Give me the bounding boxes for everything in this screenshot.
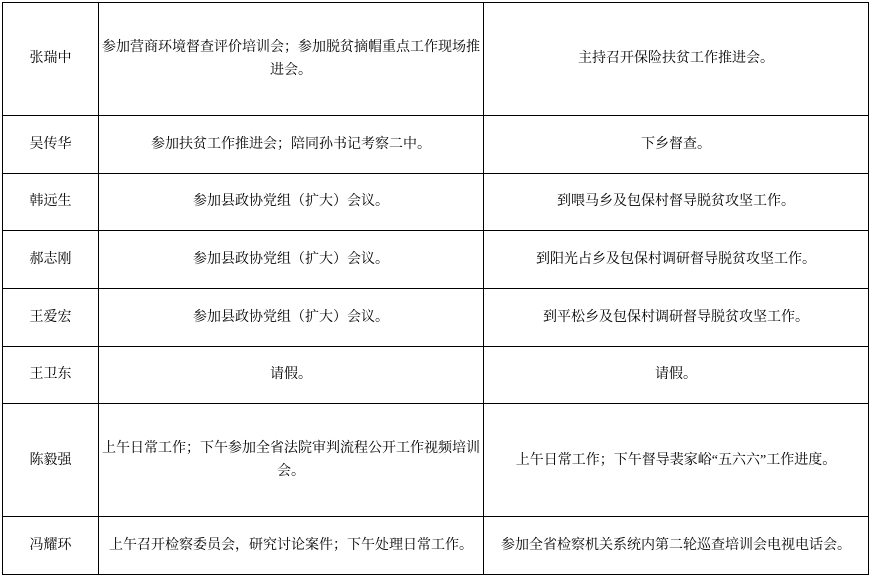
- activity2-cell: 请假。: [484, 346, 869, 404]
- name-cell: 郝志刚: [3, 231, 99, 289]
- activity1-cell: 请假。: [99, 346, 484, 404]
- activity2-cell: 到平松乡及包保村调研督导脱贫攻坚工作。: [484, 288, 869, 346]
- table-row: 郝志刚 参加县政协党组（扩大）会议。 到阳光占乡及包保村调研督导脱贫攻坚工作。: [3, 231, 869, 289]
- activity1-cell: 上午日常工作；下午参加全省法院审判流程公开工作视频培训 会。: [99, 404, 484, 517]
- table-row: 韩远生 参加县政协党组（扩大）会议。 到喂马乡及包保村督导脱贫攻坚工作。: [3, 173, 869, 231]
- name-cell: 韩远生: [3, 173, 99, 231]
- table-row: 陈毅强 上午日常工作；下午参加全省法院审判流程公开工作视频培训 会。 上午日常工…: [3, 404, 869, 517]
- name-cell: 王卫东: [3, 346, 99, 404]
- name-cell: 吴传华: [3, 115, 99, 173]
- activity2-cell: 上午日常工作；下午督导裴家峪“五六六”工作进度。: [484, 404, 869, 517]
- activity1-cell: 参加营商环境督查评价培训会；参加脱贫摘帽重点工作现场推 进会。: [99, 3, 484, 116]
- activity2-cell: 下乡督查。: [484, 115, 869, 173]
- name-cell: 张瑞中: [3, 3, 99, 116]
- table-row: 王爱宏 参加县政协党组（扩大）会议。 到平松乡及包保村调研督导脱贫攻坚工作。: [3, 288, 869, 346]
- name-cell: 陈毅强: [3, 404, 99, 517]
- table-row: 冯耀环 上午召开检察委员会，研究讨论案件；下午处理日常工作。 参加全省检察机关系…: [3, 517, 869, 575]
- activity1-cell: 参加县政协党组（扩大）会议。: [99, 173, 484, 231]
- activity1-cell: 参加扶贫工作推进会；陪同孙书记考察二中。: [99, 115, 484, 173]
- activity2-cell: 主持召开保险扶贫工作推进会。: [484, 3, 869, 116]
- schedule-table: 张瑞中 参加营商环境督查评价培训会；参加脱贫摘帽重点工作现场推 进会。 主持召开…: [2, 2, 869, 575]
- activity1-cell: 参加县政协党组（扩大）会议。: [99, 288, 484, 346]
- name-cell: 冯耀环: [3, 517, 99, 575]
- activity1-cell: 参加县政协党组（扩大）会议。: [99, 231, 484, 289]
- activity2-cell: 到阳光占乡及包保村调研督导脱贫攻坚工作。: [484, 231, 869, 289]
- name-cell: 王爱宏: [3, 288, 99, 346]
- table-row: 吴传华 参加扶贫工作推进会；陪同孙书记考察二中。 下乡督查。: [3, 115, 869, 173]
- activity2-cell: 参加全省检察机关系统内第二轮巡查培训会电视电话会。: [484, 517, 869, 575]
- table-row: 王卫东 请假。 请假。: [3, 346, 869, 404]
- table-row: 张瑞中 参加营商环境督查评价培训会；参加脱贫摘帽重点工作现场推 进会。 主持召开…: [3, 3, 869, 116]
- activity1-cell: 上午召开检察委员会，研究讨论案件；下午处理日常工作。: [99, 517, 484, 575]
- document-page: 张瑞中 参加营商环境督查评价培训会；参加脱贫摘帽重点工作现场推 进会。 主持召开…: [0, 0, 870, 577]
- activity2-cell: 到喂马乡及包保村督导脱贫攻坚工作。: [484, 173, 869, 231]
